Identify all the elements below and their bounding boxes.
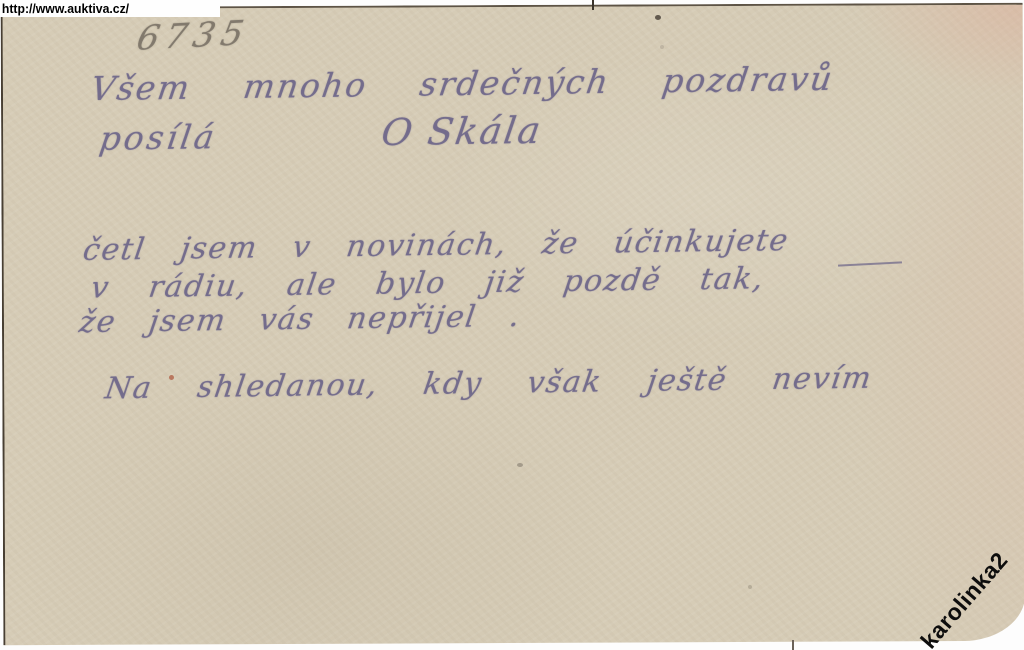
catalog-number-handwritten: 6735 (133, 13, 253, 59)
scan-artifact-tick-top (592, 0, 594, 10)
scanned-postcard-image: http://www.auktiva.cz/ 6735 Všem mnoho s… (0, 0, 1024, 650)
handwriting-greeting-line-2: posílá (97, 117, 220, 158)
source-url-watermark: http://www.auktiva.cz/ (0, 0, 220, 17)
paper-speck (748, 585, 752, 589)
paper-speck (169, 375, 174, 380)
source-url-text: http://www.auktiva.cz/ (0, 1, 129, 16)
paper-speck (655, 15, 661, 20)
paper-speck (660, 45, 664, 49)
scan-artifact-tick-bottom (792, 640, 794, 650)
handwriting-signature: O Skála (379, 109, 545, 154)
paper-speck (517, 463, 523, 467)
handwriting-body-line-3: že jsem vás nepřijel . (77, 299, 523, 340)
